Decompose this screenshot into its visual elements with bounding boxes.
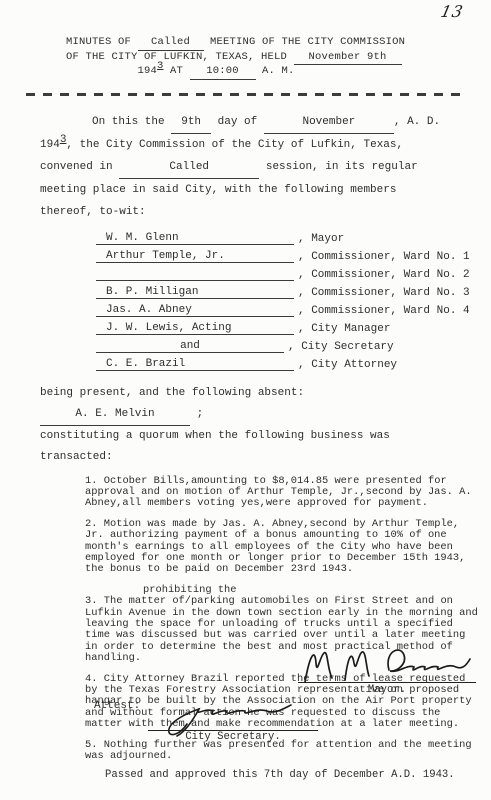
official-row: B. P. Milligan, Commissioner, Ward No. 3 — [96, 281, 491, 299]
official-name-blank: W. M. Glenn — [96, 232, 294, 245]
official-title: , City Secretary — [284, 341, 394, 353]
blank-session-type: Called — [138, 36, 204, 51]
secretary-signature-block: City Secretary. — [148, 694, 318, 743]
official-row: and, City Secretary — [96, 335, 491, 353]
official-row: J. W. Lewis, Acting, City Manager — [96, 317, 491, 335]
header-title-suffix: MEETING OF THE CITY COMMISSION — [210, 36, 405, 48]
header-line-3: 1943 AT 10:00 A. M. — [66, 65, 366, 80]
official-name-blank: Jas. A. Abney — [96, 304, 294, 317]
mayor-signature-block: Mayor. — [298, 642, 476, 696]
blank-time: 10:00 — [190, 65, 256, 80]
official-title: , Commissioner, Ward No. 2 — [294, 269, 470, 281]
item-number: 2. — [85, 518, 97, 530]
absent-line-punct: ; — [197, 408, 204, 420]
opening-text-2: day of — [218, 116, 258, 128]
official-title: , City Manager — [294, 323, 390, 335]
official-name-blank: and — [96, 340, 284, 353]
at-label: AT — [170, 65, 183, 77]
header-line-2: OF THE CITY OF LUFKIN, TEXAS, HELD Novem… — [66, 51, 406, 66]
blank-session: Called — [119, 156, 259, 179]
opening-paragraph: On this the 9th day of November, A. D. 1… — [40, 111, 453, 223]
minutes-item-2: 2. Motion was made by Jas. A. Abney,seco… — [85, 519, 483, 576]
blank-month: November — [264, 111, 394, 134]
official-row: C. E. Brazil, City Attorney — [96, 353, 491, 371]
official-row: , Commissioner, Ward No. 2 — [96, 263, 491, 281]
item-number: 1. — [85, 475, 97, 487]
item-text: Motion was made by Jas. A. Abney,second … — [85, 518, 465, 576]
header-title-prefix: MINUTES OF — [66, 36, 131, 48]
closing-line: Passed and approved this 7th day of Dece… — [105, 769, 491, 781]
official-row: W. M. Glenn, Mayor — [96, 227, 491, 245]
absent-line-text: being present, and the following absent: — [40, 387, 304, 399]
header-line-1: MINUTES OF Called MEETING OF THE CITY CO… — [66, 36, 406, 51]
official-title: , Commissioner, Ward No. 4 — [294, 305, 470, 317]
opening-text-1: On this the — [92, 116, 165, 128]
secretary-label: City Secretary. — [148, 731, 318, 743]
blank-day: 9th — [171, 111, 211, 134]
blank-year-fill: 3 — [60, 134, 67, 146]
item-number: 5. — [85, 739, 97, 751]
year-fill: 3 — [157, 60, 164, 72]
item-number: 3. — [85, 595, 97, 607]
officials-list: W. M. Glenn, Mayor Arthur Temple, Jr., C… — [96, 227, 491, 371]
mayor-label: Mayor. — [298, 684, 476, 696]
minutes-item-1: 1. October Bills,amounting to $8,014.85 … — [85, 476, 483, 510]
official-title: , Commissioner, Ward No. 3 — [294, 287, 470, 299]
official-name-blank: J. W. Lewis, Acting — [96, 322, 294, 335]
page-number: 13 — [439, 2, 465, 21]
official-name-blank: Arthur Temple, Jr. — [96, 250, 294, 263]
official-title: , Mayor — [294, 233, 344, 245]
blank-meeting-date: November 9th — [294, 51, 402, 66]
official-title: , Commissioner, Ward No. 1 — [294, 251, 470, 263]
year-prefix: 194 — [137, 65, 157, 77]
official-row: Jas. A. Abney, Commissioner, Ward No. 4 — [96, 299, 491, 317]
mayor-signature-underline — [298, 682, 476, 683]
absent-line: being present, and the following absent:… — [40, 383, 453, 426]
minutes-item-5: 5. Nothing further was presented for att… — [85, 740, 483, 763]
meridiem-label: A. M. — [262, 65, 295, 77]
opening-text-4: , — [66, 139, 73, 151]
document-header: MINUTES OF Called MEETING OF THE CITY CO… — [66, 36, 406, 80]
scanned-minutes-page: 13 MINUTES OF Called MEETING OF THE CITY… — [0, 0, 491, 800]
header-city-line: OF THE CITY OF LUFKIN, TEXAS, HELD — [66, 51, 287, 63]
official-name-blank: B. P. Milligan — [96, 286, 294, 299]
blank-absent-name: A. E. Melvin — [40, 404, 190, 426]
dashed-separator-line — [26, 93, 465, 96]
official-name-blank: C. E. Brazil — [96, 358, 294, 371]
quorum-line: constituting a quorum when the following… — [40, 426, 453, 468]
attendance-section: being present, and the following absent:… — [40, 383, 453, 468]
attest-label: Attest: — [94, 700, 140, 712]
official-row: Arthur Temple, Jr., Commissioner, Ward N… — [96, 245, 491, 263]
official-title: , City Attorney — [294, 359, 397, 371]
item-text: October Bills,amounting to $8,014.85 wer… — [85, 475, 472, 510]
official-name-blank — [96, 280, 294, 281]
item-number: 4. — [85, 673, 97, 685]
